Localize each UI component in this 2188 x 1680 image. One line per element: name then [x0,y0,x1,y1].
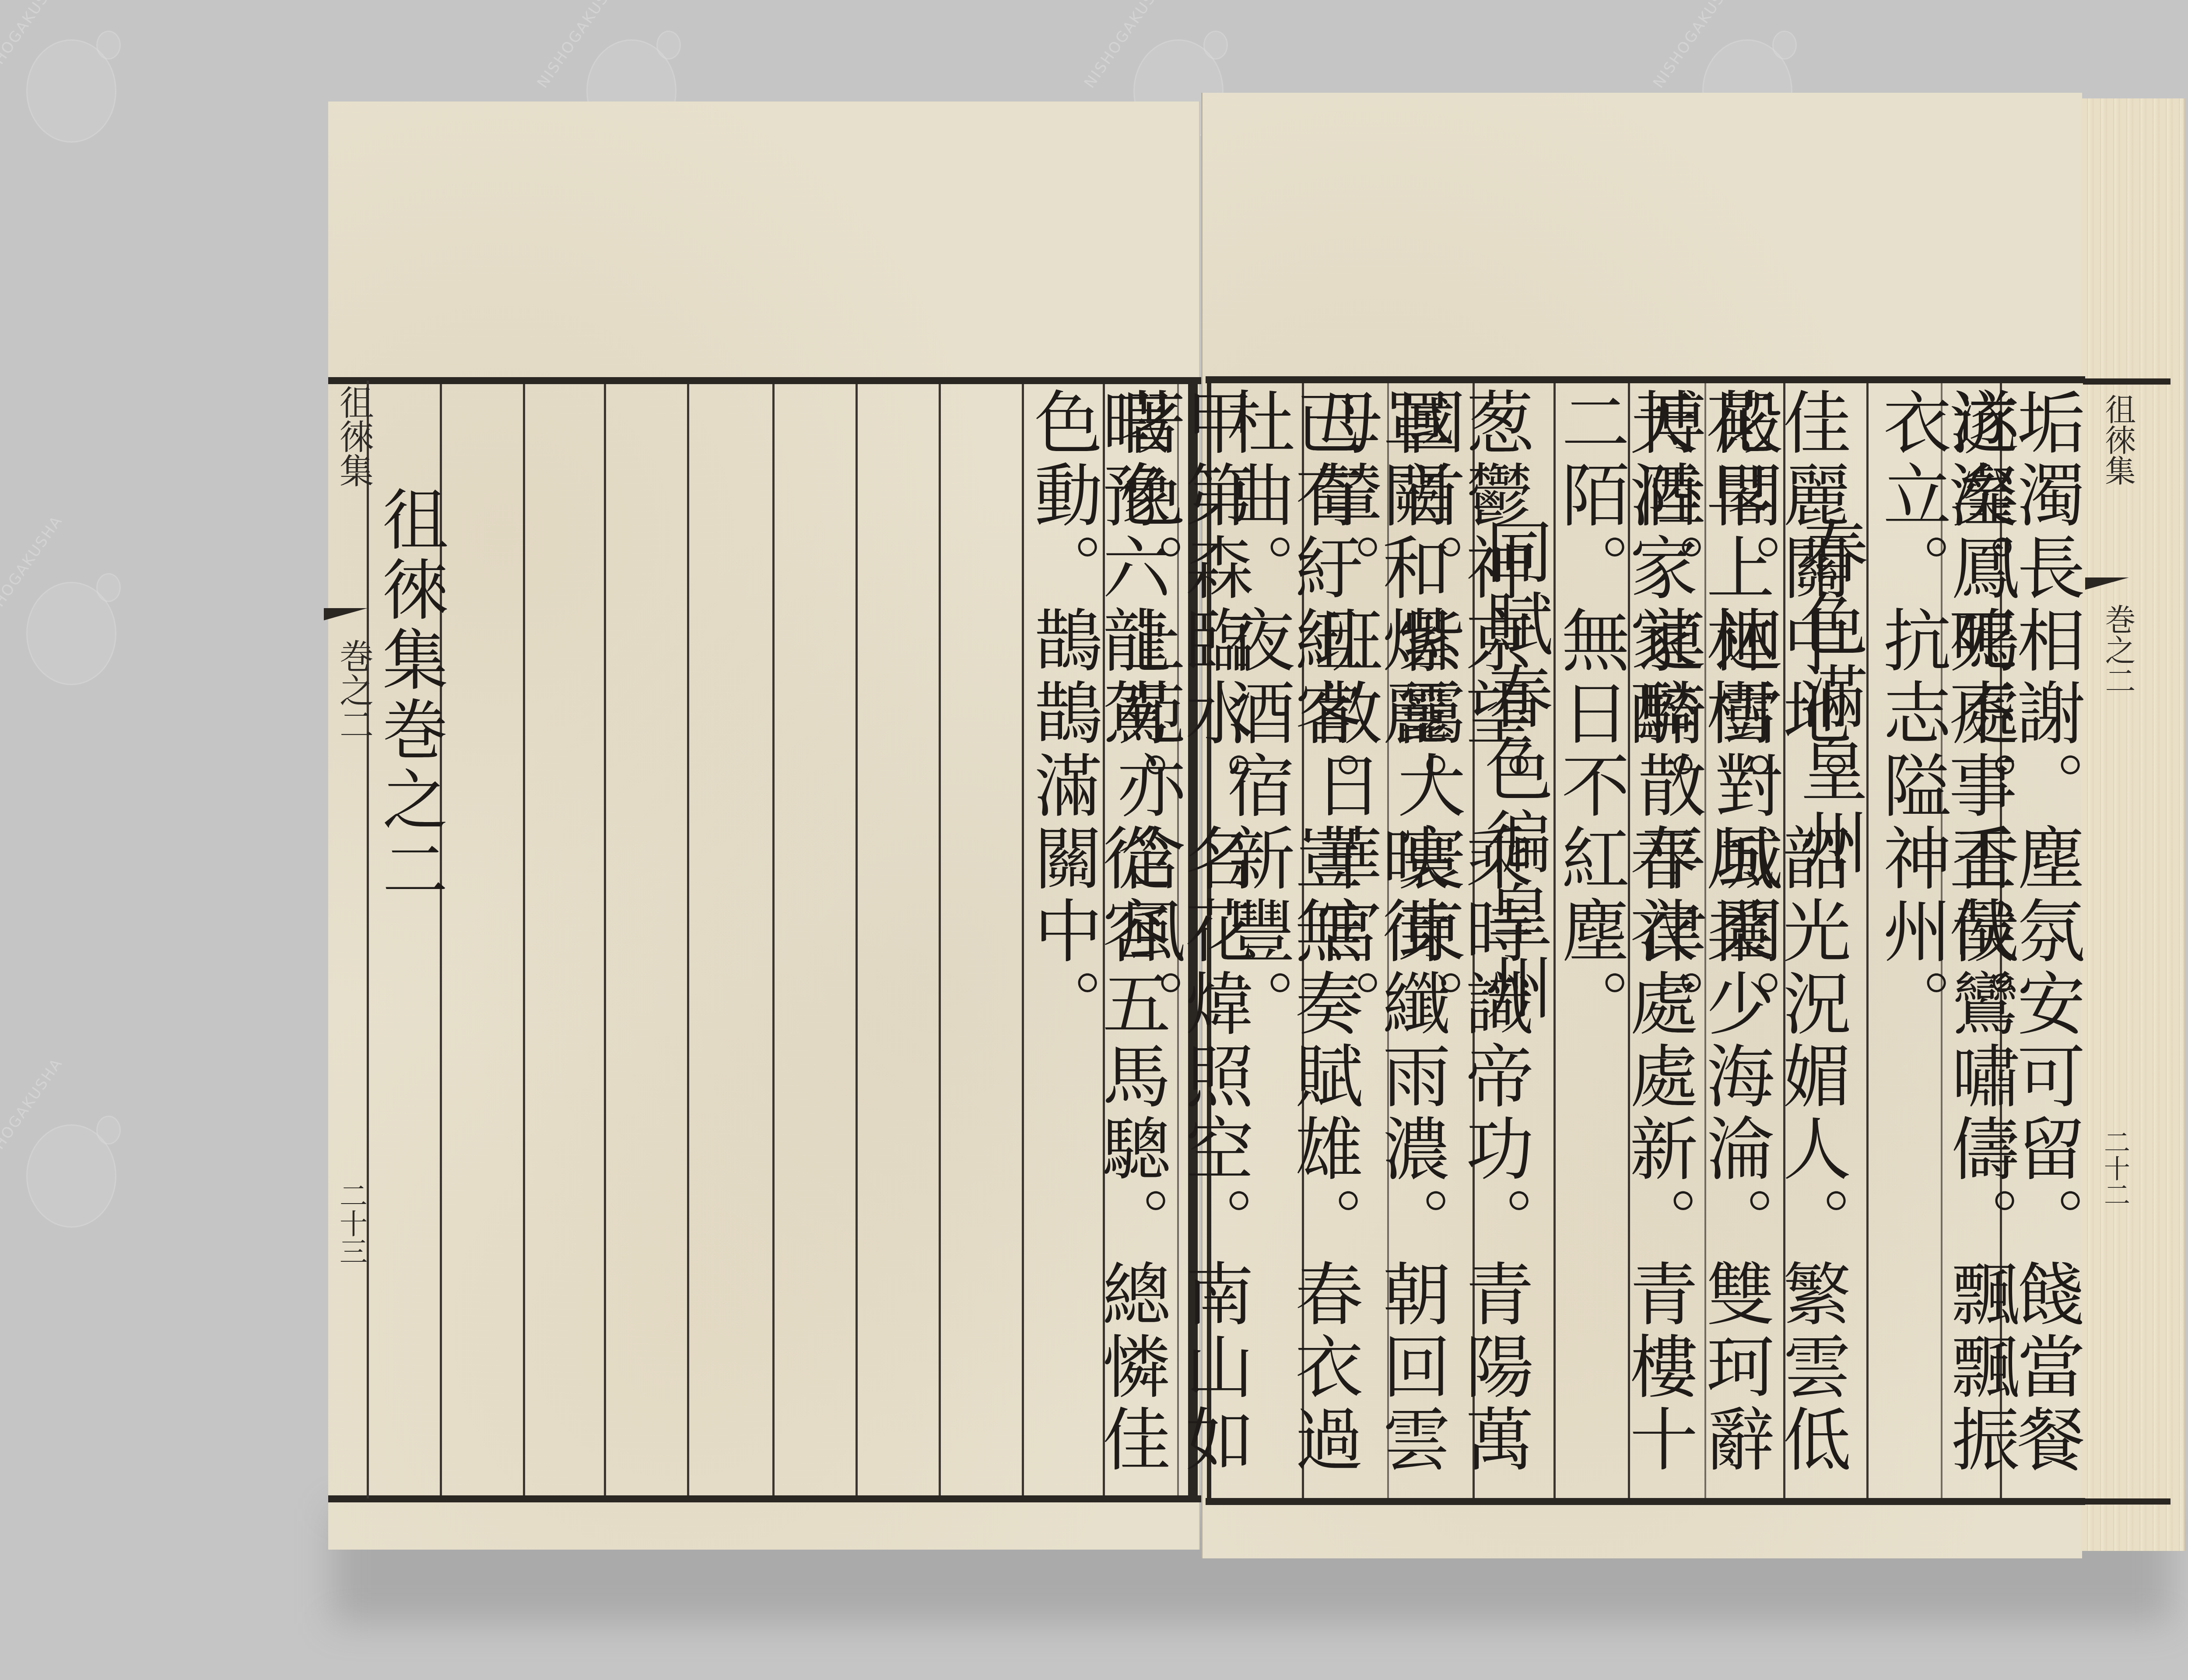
column-rule [523,384,525,1495]
text-column: 遂矣鳳鳴處。香哉鸞嘯儔。飄飄振衣立。抗志隘神州。 [1877,387,2014,1498]
margin-page-number: 二十三 [331,1181,371,1265]
volume-heading: 徂徠集巻之二 [376,486,442,1597]
right-frame-top [1206,376,2085,383]
margin-fishtail [324,608,368,620]
column-rule [856,384,858,1495]
stack-edge-page: 二十二 [2096,1129,2134,1207]
text-column: 天酒家家醉。春衣處處新。青樓十二陌。無日不紅塵。 [1556,387,1692,1498]
column-rule [939,384,941,1495]
watermark-logo-icon: NISHOGAKUSHA [9,17,123,149]
stack-edge-volume: 巻之二 [2096,604,2140,696]
margin-strip: 徂徠集 巻之二 二十三 [325,381,368,1505]
column-rule [687,384,689,1495]
watermark-logo-icon: NISHOGAKUSHA [9,560,123,691]
page-stack [2081,98,2185,1551]
text-column: 暇豫六龍駕。從容五馬驄。總憐佳色動。鵲鵲滿關中。 [1028,387,1165,1498]
text-column: 已有紆組客。豈無奏賦雄。春衣過杜曲。夜酒宿新豐。 [1221,387,1357,1498]
stack-edge-title: 徂徠集 [2096,394,2140,486]
stack-bottom-border [2083,1498,2170,1505]
right-frame-bottom [1206,1498,2085,1505]
left-frame-top [328,377,1201,384]
stack-fishtail [2085,577,2129,590]
margin-book-title: 徂徠集 [329,385,378,487]
watermark-logo-icon: NISHOGAKUSHA [9,1102,123,1234]
column-rule [772,384,775,1495]
show-through-text [538,437,633,1444]
stack-top-border [2083,378,2170,385]
